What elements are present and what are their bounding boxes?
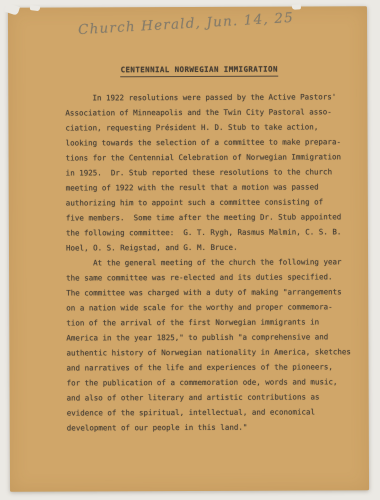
handwritten-annotation: Church Herald, Jun. 14, 25	[78, 10, 295, 38]
typed-line: At the general meeting of the church the…	[66, 254, 351, 270]
typed-line: Hoel, O. S. Reigstad, and G. M. Bruce.	[66, 239, 351, 255]
typed-line: the following committee: G. T. Rygh, Ras…	[66, 224, 351, 240]
typed-line: the same committee was re-elected and it…	[66, 269, 351, 285]
typed-line: Association of Minneapolis and the Twin …	[65, 104, 350, 120]
typed-line: authentic history of Norwegian nationali…	[66, 344, 351, 360]
typed-line: evidence of the spiritual, intellectual,…	[67, 404, 352, 420]
document-title-text: CENTENNIAL NORWEGIAN IMMIGRATION	[121, 65, 278, 77]
typed-line: In 1922 resolutions were passed by the A…	[65, 89, 350, 105]
document-page: Church Herald, Jun. 14, 25 CENTENNIAL NO…	[8, 6, 369, 492]
typed-line: five members. Some time after the meetin…	[66, 209, 351, 225]
typed-line: development of our people in this land."	[67, 419, 352, 435]
typed-line: and also of other literary and artistic …	[67, 389, 352, 405]
typed-line: and narratives of the life and experienc…	[66, 359, 351, 375]
typed-line: tions for the Centennial Celebration of …	[66, 149, 351, 165]
paper-notch-left	[30, 5, 41, 11]
typed-line: meeting of 1922 with the result that a m…	[66, 179, 351, 195]
typed-line: The committee was charged with a duty of…	[66, 284, 351, 300]
scanned-document-background: Church Herald, Jun. 14, 25 CENTENNIAL NO…	[0, 0, 380, 500]
typed-line: authorizing him to appoint such a commit…	[66, 194, 351, 210]
typed-line: ciation, requesting Président H. D. Stub…	[65, 119, 350, 135]
document-body: In 1922 resolutions were passed by the A…	[65, 89, 351, 435]
typed-line: looking towards the selection of a commi…	[66, 134, 351, 150]
typed-line: for the publication of a commemoration o…	[67, 374, 352, 390]
typed-line: on a nation wide scale for the worthy an…	[66, 299, 351, 315]
typed-line: America in the year 1825," to publish "a…	[66, 329, 351, 345]
document-title: CENTENNIAL NORWEGIAN IMMIGRATION	[65, 64, 333, 74]
typed-line: in 1925. Dr. Stub reported these resolut…	[66, 164, 351, 180]
paper-corner-tear	[4, 3, 20, 16]
typed-line: tion of the arrival of the first Norwegi…	[66, 314, 351, 330]
